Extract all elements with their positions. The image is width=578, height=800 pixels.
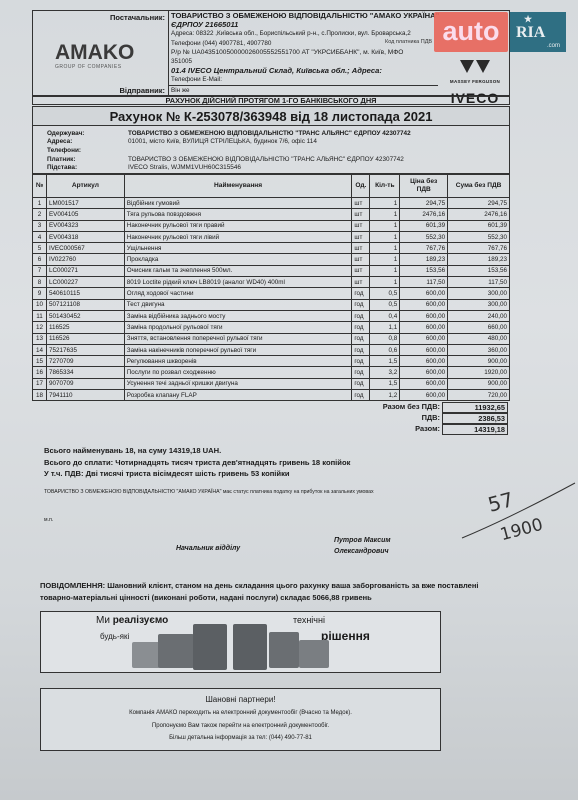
- row-price: 600,00: [400, 390, 448, 401]
- row-qty: 1: [370, 198, 400, 209]
- row-name: Огляд ходової частини: [124, 288, 352, 299]
- row-name: Ущільнення: [124, 243, 352, 254]
- row-number: 16: [33, 367, 47, 378]
- row-name: Заміна відбійника заднього мосту: [124, 310, 352, 321]
- row-price: 153,56: [400, 265, 448, 276]
- row-sum: 300,00: [448, 288, 510, 299]
- validity-notice: РАХУНОК ДІЙСНИЙ ПРОТЯГОМ 1-ГО БАНКІВСЬКО…: [32, 96, 510, 105]
- row-price: 767,76: [400, 243, 448, 254]
- row-number: 12: [33, 322, 47, 333]
- row-qty: 1,1: [370, 322, 400, 333]
- row-sum: 720,00: [448, 390, 510, 401]
- sender-value: Він же: [169, 85, 438, 95]
- table-header-row: № Артикул Найменування Од. Кіл-ть Ціна б…: [33, 175, 510, 198]
- row-sum: 117,50: [448, 277, 510, 288]
- row-unit: год: [352, 288, 370, 299]
- row-article: IVEC000567: [46, 243, 124, 254]
- row-unit: год: [352, 310, 370, 321]
- address-value: 01001, місто Київ, ВУЛИЦЯ СТРІЛЕЦЬКА, бу…: [128, 138, 317, 145]
- row-sum: 360,00: [448, 344, 510, 355]
- row-qty: 0,4: [370, 310, 400, 321]
- signature-name: Путров Максим Олександрович: [334, 535, 391, 557]
- row-qty: 1: [370, 277, 400, 288]
- row-unit: год: [352, 356, 370, 367]
- table-row: 1475217635Заміна накінечників поперечної…: [33, 344, 510, 355]
- row-name: Тест двигуна: [124, 299, 352, 310]
- row-article: 7865334: [46, 367, 124, 378]
- row-name: Регулювання шкворенів: [124, 356, 352, 367]
- row-qty: 1: [370, 231, 400, 242]
- row-number: 14: [33, 344, 47, 355]
- row-qty: 1: [370, 254, 400, 265]
- vat-code-label: Код платника ПДВ: [385, 39, 432, 45]
- row-sum: 300,00: [448, 299, 510, 310]
- summary-vat-words: У т.ч. ПДВ: Дві тисячі триста вісімдесят…: [44, 468, 350, 480]
- row-sum: 480,00: [448, 333, 510, 344]
- row-unit: год: [352, 390, 370, 401]
- row-article: LC000227: [46, 277, 124, 288]
- table-row: 187941110Розробка клапану FLAPгод1,2600,…: [33, 390, 510, 401]
- supplier-details: ТОВАРИСТВО З ОБМЕЖЕНОЮ ВІДПОВІДАЛЬНІСТЮ …: [168, 11, 438, 96]
- row-sum: 240,00: [448, 310, 510, 321]
- supplier-mfo: 351005: [171, 57, 438, 66]
- table-row: 3EV004323Наконечник рульової тяги правий…: [33, 220, 510, 231]
- row-article: 116526: [46, 333, 124, 344]
- tax-status: ТОВАРИСТВО З ОБМЕЖЕНОЮ ВІДПОВІДАЛЬНІСТЮ …: [44, 489, 374, 495]
- row-unit: год: [352, 333, 370, 344]
- banner-text-3: технічні: [293, 615, 325, 625]
- row-number: 13: [33, 333, 47, 344]
- banner-text-1: Ми реалізуємо: [96, 615, 168, 626]
- basis-label: Підстава:: [47, 164, 127, 171]
- row-name: Очисник гальм та зчеплення 500мл.: [124, 265, 352, 276]
- summary-items-count: Всього найменувань 18, на суму 14319,18 …: [44, 445, 350, 457]
- row-price: 600,00: [400, 356, 448, 367]
- table-row: 8LC0002278019 Loctite рідкий ключ LB8019…: [33, 277, 510, 288]
- signature-name-line1: Путров Максим: [334, 535, 391, 546]
- row-unit: год: [352, 367, 370, 378]
- supplier-contacts: Телефони E-Mail:: [171, 75, 438, 84]
- row-sum: 2476,16: [448, 209, 510, 220]
- table-row: 1LM001517Відбійник гумовийшт1294,75294,7…: [33, 198, 510, 209]
- row-number: 1: [33, 198, 47, 209]
- row-qty: 0,6: [370, 344, 400, 355]
- row-name: Відбійник гумовий: [124, 198, 352, 209]
- table-row: 2EV004105Тяга рульова повздовжняшт12476,…: [33, 209, 510, 220]
- supplier-address: Адреса: 08322 ,Київська обл., Бориспільс…: [171, 29, 438, 38]
- row-name: Наконечник рульової тяги правий: [124, 220, 352, 231]
- row-name: Розробка клапану FLAP: [124, 390, 352, 401]
- table-row: 167865334Послуги по розвал сходженнюгод3…: [33, 367, 510, 378]
- row-number: 10: [33, 299, 47, 310]
- row-price: 600,00: [400, 378, 448, 389]
- row-name: Прокладка: [124, 254, 352, 265]
- row-unit: шт: [352, 254, 370, 265]
- row-price: 600,00: [400, 367, 448, 378]
- payer-label: Платник:: [47, 156, 127, 163]
- row-number: 11: [33, 310, 47, 321]
- row-sum: 601,39: [448, 220, 510, 231]
- total-label: Разом:: [320, 424, 440, 433]
- row-number: 9: [33, 288, 47, 299]
- supplier-label: Постачальник:: [73, 13, 165, 22]
- table-row: 11501430452Заміна відбійника заднього мо…: [33, 310, 510, 321]
- row-number: 5: [33, 243, 47, 254]
- row-number: 15: [33, 356, 47, 367]
- row-qty: 0,5: [370, 299, 400, 310]
- row-qty: 1,5: [370, 356, 400, 367]
- table-row: 5IVEC000567Ущільненняшт1767,76767,76: [33, 243, 510, 254]
- row-unit: год: [352, 344, 370, 355]
- row-unit: шт: [352, 265, 370, 276]
- row-article: 116525: [46, 322, 124, 333]
- supplier-name: ТОВАРИСТВО З ОБМЕЖЕНОЮ ВІДПОВІДАЛЬНІСТЮ …: [171, 11, 438, 20]
- table-row: 10507121108Тест двигунагод0,5600,00300,0…: [33, 299, 510, 310]
- partners-line-1: Компанія АМАКО переходить на електронний…: [41, 707, 440, 720]
- recipient-block: Одержувач: ТОВАРИСТВО З ОБМЕЖЕНОЮ ВІДПОВ…: [32, 126, 510, 174]
- row-sum: 1920,00: [448, 367, 510, 378]
- recipient-label: Одержувач:: [47, 130, 127, 137]
- row-article: 7941110: [46, 390, 124, 401]
- row-number: 6: [33, 254, 47, 265]
- phones-label: Телефони:: [47, 147, 127, 154]
- vat-value: 2386,53: [442, 413, 508, 424]
- ria-watermark: ★ RIA .com: [510, 12, 566, 52]
- row-article: IV022760: [46, 254, 124, 265]
- row-article: 540610115: [46, 288, 124, 299]
- table-row: 7LC000271Очисник гальм та зчеплення 500м…: [33, 265, 510, 276]
- row-unit: шт: [352, 209, 370, 220]
- row-sum: 552,30: [448, 231, 510, 242]
- row-qty: 1,5: [370, 378, 400, 389]
- summary-block: Всього найменувань 18, на суму 14319,18 …: [44, 445, 350, 480]
- row-unit: шт: [352, 243, 370, 254]
- row-qty: 1,2: [370, 390, 400, 401]
- row-number: 4: [33, 231, 47, 242]
- row-name: Заміна накінечників поперечної рульвої т…: [124, 344, 352, 355]
- amako-logo: AMAKO GROUP OF COMPANIES: [55, 41, 134, 70]
- basis-value: IVECO Stralis, WJMM1VUH60C315546: [128, 164, 241, 171]
- recipient-value: ТОВАРИСТВО З ОБМЕЖЕНОЮ ВІДПОВІДАЛЬНІСТЮ …: [128, 130, 411, 137]
- row-price: 601,39: [400, 220, 448, 231]
- row-number: 8: [33, 277, 47, 288]
- row-name: Послуги по розвал сходженню: [124, 367, 352, 378]
- row-price: 600,00: [400, 322, 448, 333]
- signature-name-line2: Олександрович: [334, 546, 391, 557]
- row-sum: 294,75: [448, 198, 510, 209]
- row-article: 501430452: [46, 310, 124, 321]
- row-name: Зняття, встановлення поперечної рульвої …: [124, 333, 352, 344]
- table-row: 13116526Зняття, встановлення поперечної …: [33, 333, 510, 344]
- row-unit: год: [352, 299, 370, 310]
- row-unit: шт: [352, 277, 370, 288]
- row-name: Тяга рульова повздовжня: [124, 209, 352, 220]
- row-number: 3: [33, 220, 47, 231]
- massey-ferguson-icon: [458, 60, 492, 74]
- row-sum: 900,00: [448, 378, 510, 389]
- row-price: 117,50: [400, 277, 448, 288]
- table-row: 4EV004318Наконечник рульової тяги лівийш…: [33, 231, 510, 242]
- total-value: 14319,18: [442, 424, 508, 435]
- row-unit: год: [352, 378, 370, 389]
- row-number: 2: [33, 209, 47, 220]
- row-unit: шт: [352, 198, 370, 209]
- table-row: 12116525Заміна продольної рульової тягиг…: [33, 322, 510, 333]
- supplier-warehouse: 01.4 IVECO Центральний Склад, Київська о…: [171, 66, 438, 75]
- row-price: 2476,16: [400, 209, 448, 220]
- row-qty: 0,8: [370, 333, 400, 344]
- supplier-account: Р/р № UA043510050000026005552551700 АТ "…: [171, 48, 438, 57]
- row-article: 75217635: [46, 344, 124, 355]
- supplier-edrpou: ЄДРПОУ 21665011: [171, 20, 438, 29]
- vat-label: ПДВ:: [320, 413, 440, 422]
- row-unit: шт: [352, 231, 370, 242]
- col-header-name: Найменування: [124, 175, 352, 198]
- invoice-title: Рахунок № К-253078/363948 від 18 листопа…: [32, 106, 510, 126]
- row-qty: 3,2: [370, 367, 400, 378]
- ria-com-text: .com: [547, 43, 560, 49]
- row-qty: 1: [370, 243, 400, 254]
- logo-text: AMAKO: [55, 41, 134, 65]
- row-qty: 1: [370, 265, 400, 276]
- row-article: EV004323: [46, 220, 124, 231]
- debt-notice: ПОВІДОМЛЕННЯ: Шановний клієнт, станом на…: [40, 580, 510, 603]
- autoria-watermark: auto: [434, 12, 508, 52]
- table-row: 157270709Регулювання шкворенівгод1,5600,…: [33, 356, 510, 367]
- row-number: 18: [33, 390, 47, 401]
- col-header-article: Артикул: [46, 175, 124, 198]
- row-price: 600,00: [400, 333, 448, 344]
- row-price: 600,00: [400, 288, 448, 299]
- col-header-price: Ціна без ПДВ: [400, 175, 448, 198]
- row-sum: 900,00: [448, 356, 510, 367]
- partners-notice: Шановні партнери! Компанія АМАКО переход…: [40, 688, 441, 751]
- subtotal-value: 11932,65: [442, 402, 508, 413]
- col-header-sum: Сума без ПДВ: [448, 175, 510, 198]
- promo-banner: Ми реалізуємо будь-які технічні рішення: [40, 611, 441, 673]
- table-row: 179070709Усунення течі задньої кришки дв…: [33, 378, 510, 389]
- row-price: 600,00: [400, 310, 448, 321]
- col-header-unit: Од.: [352, 175, 370, 198]
- massey-ferguson-text: MASSEY FERGUSON: [440, 79, 510, 84]
- row-article: LC000271: [46, 265, 124, 276]
- row-sum: 153,56: [448, 265, 510, 276]
- row-sum: 767,76: [448, 243, 510, 254]
- row-price: 600,00: [400, 344, 448, 355]
- col-header-number: №: [33, 175, 47, 198]
- address-label: Адреса:: [47, 138, 127, 145]
- row-price: 189,23: [400, 254, 448, 265]
- table-row: 6IV022760Прокладкашт1189,23189,23: [33, 254, 510, 265]
- row-qty: 0,5: [370, 288, 400, 299]
- stamp-place: м.п.: [44, 517, 53, 523]
- row-qty: 1: [370, 209, 400, 220]
- row-name: Усунення течі задньої кришки двигуна: [124, 378, 352, 389]
- row-qty: 1: [370, 220, 400, 231]
- row-article: EV004318: [46, 231, 124, 242]
- payer-value: ТОВАРИСТВО З ОБМЕЖЕНОЮ ВІДПОВІДАЛЬНІСТЮ …: [128, 156, 404, 163]
- items-table: № Артикул Найменування Од. Кіл-ть Ціна б…: [32, 174, 510, 401]
- row-price: 600,00: [400, 299, 448, 310]
- row-article: 9070709: [46, 378, 124, 389]
- row-article: EV004105: [46, 209, 124, 220]
- row-sum: 189,23: [448, 254, 510, 265]
- row-sum: 660,00: [448, 322, 510, 333]
- ria-text: RIA: [516, 24, 545, 42]
- row-unit: год: [352, 322, 370, 333]
- row-unit: шт: [352, 220, 370, 231]
- row-name: 8019 Loctite рідкий ключ LB8019 (аналог …: [124, 277, 352, 288]
- row-article: 7270709: [46, 356, 124, 367]
- sender-label: Відправник:: [73, 86, 165, 95]
- summary-total-words: Всього до сплати: Чотирнадцять тисяч три…: [44, 457, 350, 469]
- table-row: 9540610115Огляд ходової частинигод0,5600…: [33, 288, 510, 299]
- subtotal-label: Разом без ПДВ:: [320, 402, 440, 411]
- signature-role: Начальник відділу: [176, 545, 240, 552]
- col-header-qty: Кіл-ть: [370, 175, 400, 198]
- row-price: 294,75: [400, 198, 448, 209]
- banner-text-2: будь-які: [100, 632, 129, 641]
- partners-heading: Шановні партнери!: [41, 689, 440, 707]
- partners-line-3: Більш детальна інформація за тел: (044) …: [41, 732, 440, 745]
- row-article: LM001517: [46, 198, 124, 209]
- partners-line-2: Пропонуємо Вам також перейти на електрон…: [41, 720, 440, 733]
- row-number: 17: [33, 378, 47, 389]
- row-price: 552,30: [400, 231, 448, 242]
- row-article: 507121108: [46, 299, 124, 310]
- row-name: Заміна продольної рульової тяги: [124, 322, 352, 333]
- row-name: Наконечник рульової тяги лівий: [124, 231, 352, 242]
- row-number: 7: [33, 265, 47, 276]
